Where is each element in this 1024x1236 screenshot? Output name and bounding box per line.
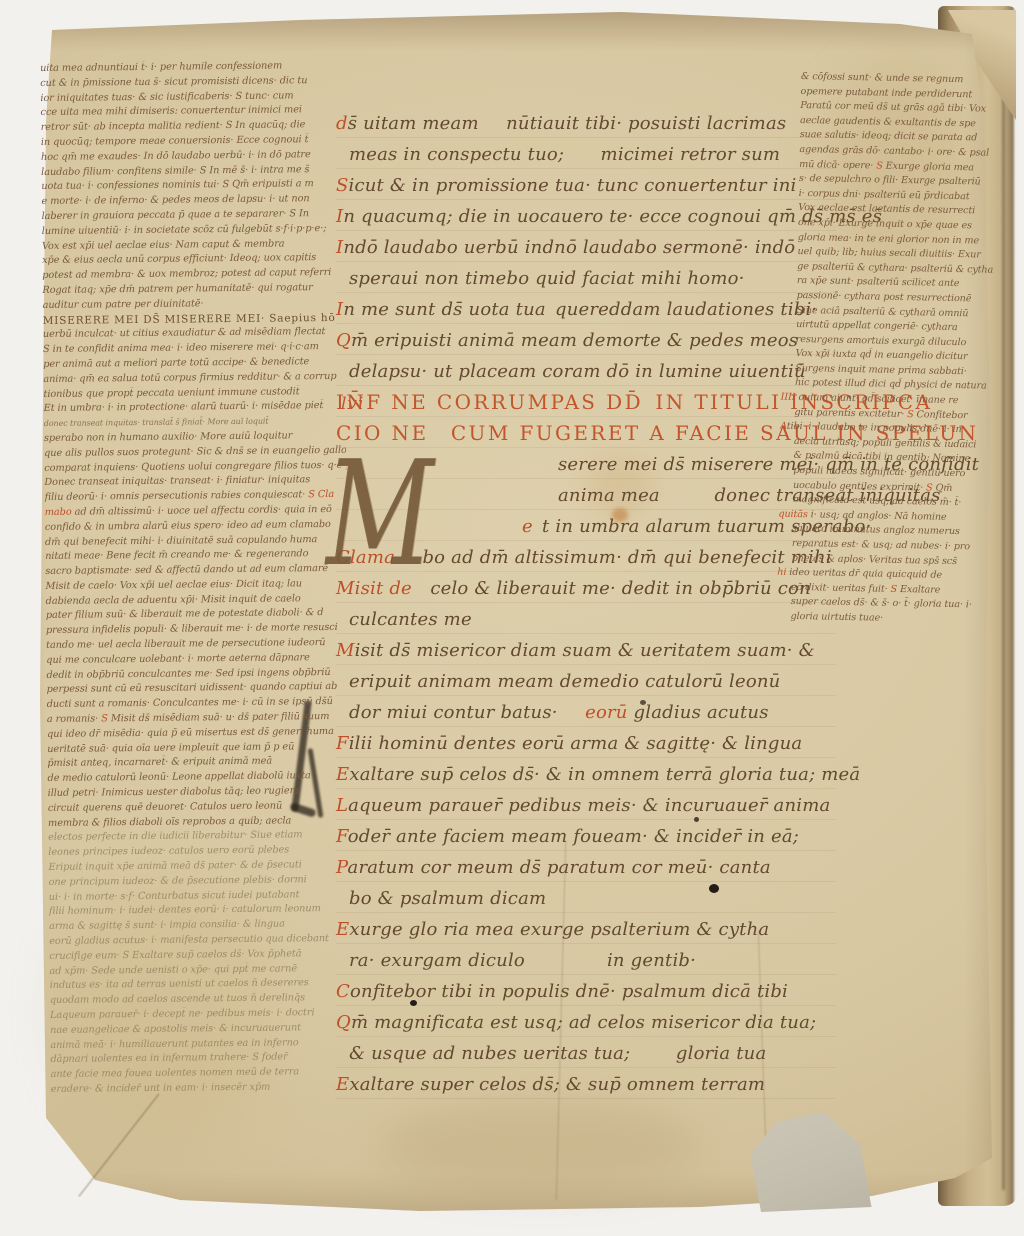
gloss-segment: sperabo non in humano auxilio· More auiū…: [44, 430, 292, 444]
gloss-segment: in quocūq; tempore meae conuersionis· Ec…: [41, 134, 309, 148]
main-text-segment: xurge glo ria mea exurge psalterium & cy…: [349, 919, 769, 940]
gloss-segment: Paratū cor meū ds̄ ut grās agā tibi· Vox: [800, 100, 986, 115]
gloss-segment: Exurge gloria mea: [886, 160, 974, 173]
gloss-segment: dm̄ qui benefecit mihi· i· diuinitatē su…: [45, 534, 317, 548]
main-text-segment: onfitebor tibi in populis dnē· psalmum d…: [350, 981, 788, 1002]
gloss-line: lumine uiuentiū· i· in societate scōz cū…: [42, 222, 344, 240]
main-text-line: dor miui contur batus· eorū gladius acut…: [336, 697, 836, 728]
main-text-segment: gladius acutus: [634, 702, 769, 723]
main-text-segment: ndō laudabo uerbū indnō laudabo sermonē·…: [343, 237, 795, 258]
main-text-line: Confitebor tibi in populis dnē· psalmum …: [336, 976, 836, 1007]
gloss-segment: auditur cum patre per diuinitatē·: [42, 298, 203, 311]
gloss-segment: mū dicā· opere·: [799, 159, 876, 171]
main-text-line: ra· exurgam diculo in gentib·: [336, 945, 836, 976]
main-text-segment: celo & liberauit me· dedit in obp̄briū c…: [412, 578, 811, 599]
gloss-segment: passionē· cythara post resurrectionē: [797, 290, 972, 304]
gloss-segment: uerbū inculcat· ut citius exaudiatur & a…: [43, 326, 326, 340]
main-text-segment: bo ad dm̄ altissimum· dm̄ qui benefecit …: [395, 547, 832, 568]
gloss-line: sacro baptismate· sed & affectū dando ut…: [45, 562, 347, 580]
gloss-line: donec transeat inquitas· translat̄ s̄ fi…: [44, 414, 346, 432]
gloss-segment: perpessi sunt cū eū resuscitari uidissen…: [47, 681, 338, 695]
gloss-segment: opemere putabant inde perdiderunt: [800, 86, 972, 100]
gloss-segment: indutus es· ita ad terras uenisti ut cae…: [50, 978, 309, 992]
folio-crease: [1002, 10, 1005, 1190]
main-text-segment: delapsu· ut placeam coram dō in lumine u…: [349, 361, 806, 382]
main-text-line: eripuit animam meam demedio catulorū leo…: [336, 666, 836, 697]
main-text-line: IN̄F NE CORRUMPAS DD̄ IN TITULI INSCRIPC…: [336, 387, 836, 418]
main-text-segment: icut & in promissione tua· tunc conuerte…: [349, 175, 797, 196]
gloss-line: Rogat itaq; xp̄e dm̄ patrem per humanita…: [42, 281, 344, 299]
gloss-red-mark: quitās: [778, 508, 810, 520]
gloss-segment: eradere· & incider̄ unt in eam· i· insec…: [51, 1082, 271, 1095]
gloss-segment: S in te confidit anima mea· i· ideo mise…: [43, 341, 319, 355]
gloss-segment: phetas & aplos· Veritas tua sps̄ scs̄: [792, 553, 958, 567]
gloss-segment: a romanis·: [47, 713, 101, 725]
gloss-segment: one principum iudeoz· & de p̄secutione p…: [49, 874, 307, 888]
gloss-segment: anima· qm̄ ea salua totū corpus firmius …: [43, 371, 336, 385]
gloss-segment: populi iudeos significat· gentiū uero: [793, 465, 965, 479]
main-text-line: Qm̄ magnificata est usq; ad celos miseri…: [336, 1007, 836, 1038]
gloss-segment: qui me conculcare uolebant· i· morte aet…: [46, 652, 310, 666]
gloss-segment: i· corpus dni· psalteriū eū p̄rdicabat: [799, 188, 970, 202]
gloss-segment: e morte· i· de inferno· & pedes meos de …: [41, 193, 309, 207]
main-text-segment: s̄ uitam meam nūtiauit tibi· posuisti la…: [348, 113, 787, 134]
gloss-segment: Vox aeclae est laetantis de resurrecti: [798, 202, 975, 216]
gloss-line: eradere· & incider̄ unt in eam· i· insec…: [51, 1080, 353, 1098]
gloss-segment: ante facie mea fouea uolentes nomen meū …: [51, 1067, 300, 1081]
gloss-red-mark: S: [891, 584, 901, 595]
gloss-red-mark: hi: [777, 567, 789, 578]
gloss-segment: potest ad membra· & uox membroz; potest …: [42, 267, 331, 281]
gloss-segment: Laqueum parauer̄· i· decept̄ ne· pedibus…: [50, 1007, 315, 1021]
gloss-segment: Qm̄: [935, 482, 952, 493]
main-text-line: Qm̄ eripuisti animā meam demorte & pedes…: [336, 325, 836, 356]
gloss-segment: hic potest illud dici qd̄ physici de nat…: [795, 377, 987, 392]
main-text-segment: meas in conspectu tuo; micimei retror su…: [349, 144, 780, 165]
gloss-red-mark: mabo: [45, 507, 75, 518]
main-text-line: Exaltare sup̄ celos ds̄· & in omnem terr…: [336, 759, 836, 790]
gloss-segment: resurgens amortuis exurgā diluculo: [796, 334, 967, 348]
gloss-segment: Eripuit inquit xp̄e animā meā ds̄ pater·…: [48, 859, 301, 873]
gloss-segment: p̄misit anteq, incarnaret̄· & eripuit an…: [47, 756, 272, 769]
main-text-segment: bo & psalmum dicam: [349, 888, 546, 909]
gloss-red-mark: S: [926, 482, 936, 493]
left-gloss-column: uita mea adnuntiaui t̄· i· per humile co…: [40, 59, 353, 1098]
gloss-red-mark: S: [101, 713, 111, 724]
gloss-segment: suae salutis· ideoq; dicit se parata ad: [800, 129, 978, 143]
gloss-segment: aeclae gaudentis & exultantis de spe: [800, 115, 976, 129]
right-gloss-column: & cōfossi sunt· & unde se regnumopemere …: [790, 70, 1001, 628]
gloss-segment: quodam modo ad caelos ascende ut tuos n̄…: [50, 992, 305, 1006]
gloss-segment: pater filium suū· & liberauit me de pote…: [46, 608, 324, 622]
gloss-segment: ior iniquitates tuas· & sic iustificaber…: [40, 90, 293, 104]
gloss-segment: xp̄e & eius aecla unū corpus efficiunt· …: [42, 252, 316, 266]
rubric-initial: P: [336, 857, 348, 878]
gloss-line: cut & in p̄missione tua s̄· sicut promis…: [40, 74, 342, 92]
rubric-initial: d: [336, 113, 348, 134]
gloss-line: anima· qm̄ ea salua totū corpus firmius …: [43, 370, 345, 388]
gloss-segment: & psalmū dicā tibi in gentib; Nomine: [793, 450, 970, 464]
gloss-segment: Confitebor: [917, 409, 968, 421]
gloss-segment: gloria mea· in te eni glorior non in me: [798, 232, 979, 246]
main-text-line: Sicut & in promissione tua· tunc conuert…: [336, 170, 836, 201]
gloss-segment: qui ideo dr̄ misēdia· quia p̄ eū misertu…: [47, 726, 334, 740]
main-text-segment: m̄ magnificata est usq; ad celos miseric…: [351, 1012, 816, 1033]
gloss-segment: cce uita mea mihi dimiseris: conuertentu…: [40, 105, 301, 119]
gloss-segment: eorū gladius acutus· i· manifesta persec…: [49, 933, 329, 947]
main-text-line: bo & psalmum dicam: [336, 883, 836, 914]
gloss-segment: de medio catulorū leonū· Leone appellat …: [47, 770, 310, 784]
rubric-initial: Q: [336, 1012, 351, 1033]
gloss-segment: animā meā· i· humiliauerunt putantes ea …: [50, 1037, 298, 1051]
gloss-segment: laudabo filium· confitens simile· S In m…: [41, 164, 309, 178]
gloss-segment: illud petri· Inimicus uester diabolus tā…: [48, 785, 301, 799]
gloss-segment: & cōfossi sunt· & unde se regnum: [801, 71, 964, 85]
rubric-initial: e: [522, 516, 533, 537]
rubric-initial: C: [336, 981, 350, 1002]
gloss-segment: Misit de caelo· Vox xp̄i uel aeclae eius…: [45, 578, 302, 592]
gloss-red-mark: S: [876, 160, 886, 171]
main-text-column: ds̄ uitam meam nūtiauit tibi· posuisti l…: [336, 108, 836, 1100]
gloss-segment: aecla utriusq; populi gentilis & iudaici: [794, 436, 977, 451]
gloss-segment: gloria uirtutis tuae·: [790, 611, 883, 624]
gloss-segment: lumine uiuentiū· i· in societate scōz cū…: [42, 223, 327, 237]
rubric-initial: F: [336, 826, 348, 847]
gloss-segment: filii hominum· i· iudei· dentes eorū· i·…: [49, 904, 321, 918]
main-text-line: Foder̄ ante faciem meam foueam· & incide…: [336, 821, 836, 852]
main-text-line: Indō laudabo uerbū indnō laudabo sermonē…: [336, 232, 836, 263]
gloss-segment: uita mea adnuntiaui t̄· i· per humile co…: [40, 60, 282, 74]
gloss-segment: membra & filios diaboli oīs reprobos a q…: [48, 815, 291, 829]
gloss-segment: ra xp̄e sunt· psalteriū scilicet ante: [797, 275, 960, 289]
gloss-segment: dedit in obp̄briū conculcantes me· Sed i…: [46, 667, 330, 681]
photo-background: lvi M uita mea adnuntiaui t̄· i· per hum…: [0, 0, 1024, 1236]
gloss-red-mark: S: [907, 409, 917, 420]
gloss-segment: ui· i· in morte· s·f· Conturbatus sicut …: [49, 889, 300, 903]
main-text-line: Exurge glo ria mea exurge psalterium & c…: [336, 914, 836, 945]
gloss-line: qui ideo dr̄ misēdia· quia p̄ eū misertu…: [47, 725, 349, 743]
main-text-line: Paratum cor meum ds̄ paratum cor meū· ca…: [336, 852, 836, 883]
gloss-segment: dāpnari uolentes ea in infernum trahere·…: [50, 1052, 287, 1065]
main-text-segment: culcantes me: [349, 609, 472, 630]
psalm-number-marginal: lvi: [341, 394, 364, 414]
main-text-line: speraui non timebo quid faciat mihi homo…: [336, 263, 836, 294]
gloss-segment: uocabulo gentiles exprimit·: [793, 480, 926, 494]
rubric-initial: E: [336, 764, 349, 785]
main-text-segment: & usque ad nubes ueritas tua; gloria tua: [349, 1043, 766, 1064]
main-text-line: In me sunt ds̄ uota tua quereddam laudat…: [336, 294, 836, 325]
gloss-segment: tionibus que propt̄ peccata ueniunt immu…: [43, 386, 299, 400]
gloss-segment: circuit querens quē deuoret· Catulos uer…: [48, 800, 282, 813]
gloss-segment: one xp̄i· Exurge inquit o xp̄e quae es: [798, 217, 972, 231]
gloss-segment: hoc qm̄ me exaudes· In dō laudabo uerbū·…: [41, 149, 311, 163]
main-text-segment: isit ds̄ misericor diam suam & ueritatem…: [355, 640, 815, 661]
main-text-line: Laqueum parauer̄ pedibus meis· & incurua…: [336, 790, 836, 821]
gloss-segment: Misit ds̄ misēdiam suā· u· ds̄ pater fil…: [111, 711, 330, 724]
gloss-segment: ad dm̄ altissimū· i· uoce uel affectu co…: [75, 504, 332, 518]
gloss-segment: sacro baptismate· sed & affectū dando ut…: [45, 563, 328, 577]
gloss-segment: ideo ueritas dr̄ quia quicquid de: [789, 567, 942, 581]
gloss-segment: tando me· uel aecla liberauit me de pers…: [46, 637, 325, 651]
rubric-initial: E: [336, 1074, 349, 1095]
main-text-line: delapsu· ut placeam coram dō in lumine u…: [336, 356, 836, 387]
main-text-line: culcantes me: [336, 604, 836, 635]
gloss-segment: cut & in p̄missione tua s̄· sicut promis…: [40, 75, 307, 89]
rubric-initial: F: [336, 733, 349, 754]
gloss-segment: tibi· i· laudabo te in populis dnē· i· i…: [787, 421, 962, 435]
main-text-segment: m̄ eripuisti animā meam demorte & pedes …: [351, 330, 798, 351]
gloss-segment: que alis pullos suos protegunt· Sic & dn…: [44, 445, 346, 459]
gloss-segment: laberer in grauiora peccata p̄ quae a te…: [42, 208, 309, 222]
gloss-segment: Surgens inquit mane prima sabbati·: [795, 363, 967, 377]
gloss-segment: per animā aut a meliori parte totū accip…: [43, 356, 309, 370]
main-text-line: Misit ds̄ misericor diam suam & ueritate…: [336, 635, 836, 666]
gloss-segment: magnificata est usq; ad caelos m̄· t̄·: [793, 494, 962, 508]
gloss-segment: leones principes iudeoz· catulos uero eo…: [48, 845, 289, 859]
rubric-initial: E: [336, 919, 349, 940]
rubric-initial: M: [336, 640, 355, 661]
gloss-red-mark: IIII: [781, 392, 799, 403]
illuminated-initial-M: M: [326, 448, 434, 581]
gloss-segment: uel quib; lib; huius secali diuitiis· Ex…: [797, 246, 980, 261]
rubric-initial: S: [336, 175, 349, 196]
main-text-segment: aratum cor meum ds̄ paratum cor meū· can…: [348, 857, 771, 878]
gloss-segment: Vox xp̄i iuxta qd̄ in euangelio dicitur: [795, 348, 967, 362]
gloss-segment: nae euangelicae & apostolis meis· & incu…: [50, 1022, 301, 1036]
gloss-segment: electos perfecte in die iudicii liberabi…: [48, 830, 302, 844]
gloss-segment: uirtutū appellat congeriē· cythara: [796, 319, 958, 333]
gloss-segment: crucifige eum· S Exaltare sup̄ caelos ds…: [49, 948, 301, 962]
main-text-line: ds̄ uitam meam nūtiauit tibi· posuisti l…: [336, 108, 836, 139]
main-text-line: Filii hominū dentes eorū arma & sagittę·…: [336, 728, 836, 759]
gloss-segment: arma & sagittę s̄ sunt· i· impia consili…: [49, 919, 285, 932]
main-text-segment: xaltare super celos ds̄; & sup̄ omnem te…: [349, 1074, 765, 1095]
gloss-segment: ueritatē suā· quia oīa uere impleuit que…: [47, 741, 294, 755]
gloss-segment: MISERERE MEI DS̄ MISERERE MEI· Saepius h…: [43, 311, 336, 326]
main-text-line: In quacumq; die in uocauero te· ecce cog…: [336, 201, 836, 232]
gloss-segment: Exaltare: [900, 584, 940, 596]
gloss-segment: comparat inquiens· Quotiens uolui congre…: [44, 459, 346, 473]
gloss-segment: Rogat itaq; xp̄e dm̄ patrem per humanita…: [42, 282, 312, 296]
gloss-segment: super caelos ds̄· & s̄· o· t̄· gloria tu…: [791, 596, 972, 610]
gloss-segment: donec transeat inquitas· translat̄ s̄ fi…: [44, 417, 269, 428]
rubric-initial: L: [336, 795, 348, 816]
gloss-segment: Vox est xp̄i uel aeclae eius· Nam caput …: [42, 238, 285, 252]
gloss-segment: ge psalteriū & cythara· psalteriū & cyth…: [797, 261, 993, 276]
gloss-segment: Donec transeat iniquitas· transeat· i· f…: [44, 475, 268, 488]
main-text-line: & usque ad nubes ueritas tua; gloria tua: [336, 1038, 836, 1069]
gloss-segment: eō dixit· ueritas fuit·: [791, 582, 891, 595]
main-text-segment: ra· exurgam diculo in gentib·: [349, 950, 696, 971]
gloss-segment: pressura infidelis populi· & liberauit m…: [46, 622, 338, 636]
main-text-segment: aqueum parauer̄ pedibus meis· & incuruau…: [348, 795, 830, 816]
rubric-initial: Q: [336, 330, 351, 351]
gloss-segment: filiu deorū· i· omnis persecutionis rabi…: [45, 489, 309, 503]
gloss-segment: i· usq; ad anglos· Nā homine: [811, 509, 947, 523]
main-text-segment: speraui non timebo quid faciat mihi homo…: [349, 268, 745, 289]
gloss-segment: saluato imminutus angloz numerus: [792, 523, 960, 537]
gloss-segment: retror sūt· ab incepta malitia redient· …: [41, 119, 306, 133]
gloss-segment: nitati meae· Bene fecit m̄ creando me· &…: [45, 549, 308, 563]
main-text-segment: ilii hominū dentes eorū arma & sagittę· …: [349, 733, 803, 754]
gloss-segment: gitu parentis excitetur·: [794, 407, 907, 420]
gloss-segment: confido & in umbra alarū eius spero· ide…: [45, 519, 331, 533]
gloss-segment: ouium aiunt· qd̄ scilicet· īmane re: [798, 392, 958, 406]
rubric-initial: eorū: [585, 702, 633, 723]
gloss-segment: ducti sunt a romanis· Conculcantes me· i…: [47, 696, 333, 710]
main-text-line: meas in conspectu tuo; micimei retror su…: [336, 139, 836, 170]
main-text-segment: dor miui contur batus·: [349, 702, 585, 723]
gloss-segment: uota tua· i· confessiones nominis tui· S…: [41, 179, 314, 193]
gloss-segment: ad xp̄m· Sede unde uenisti o xp̄e· qui p…: [49, 963, 297, 977]
main-text-line: Exaltare super celos ds̄; & sup̄ omnem t…: [336, 1069, 836, 1100]
gloss-segment: reparatus est· & usq; ad nubes· i· pro: [792, 538, 970, 552]
gloss-segment: s· de sepulchro o fili· Exurge psalteriū: [799, 173, 981, 187]
gloss-segment: iniquitas: [268, 475, 310, 486]
gloss-segment: Et in umbra· i· in protectione· alarū tu…: [44, 400, 324, 414]
gloss-segment: agendas grās dō· cantabo· i· ore· & psal: [799, 144, 989, 159]
gloss-segment: dabienda aecla de aduentu xp̄i· Misit in…: [46, 593, 301, 607]
main-text-segment: n me sunt ds̄ uota tua quereddam laudati…: [343, 299, 817, 320]
main-text-segment: xaltare sup̄ celos ds̄· & in omnem terrā…: [349, 764, 860, 785]
main-text-segment: eripuit animam meam demedio catulorū leo…: [349, 671, 780, 692]
gloss-segment: Siue aciā psalteriū & cytharā omniū: [796, 304, 968, 318]
main-text-segment: oder̄ ante faciem meam foueam· & incider…: [348, 826, 799, 847]
